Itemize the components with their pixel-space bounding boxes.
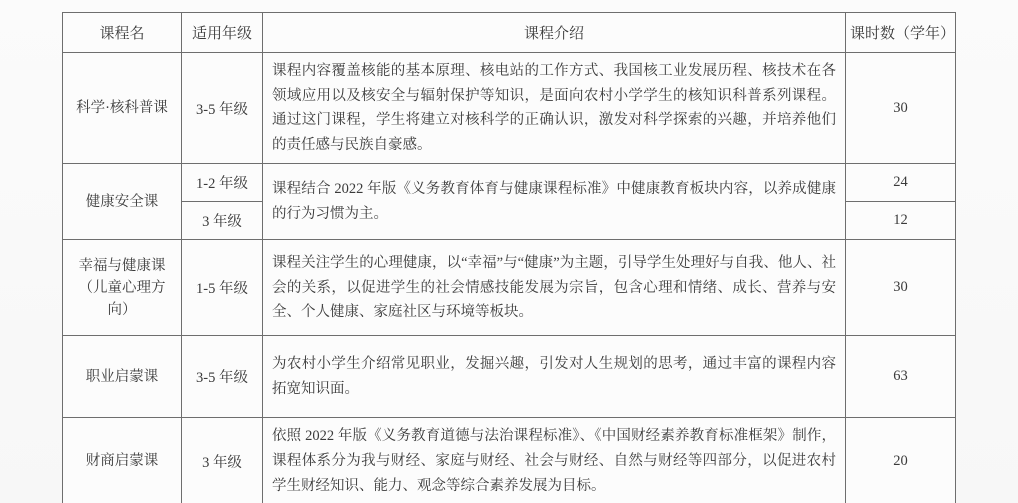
hours-cell: 30: [846, 240, 956, 336]
table-row: 幸福与健康课 （儿童心理方向） 1-5 年级 课程关注学生的心理健康，以“幸福”…: [63, 240, 956, 336]
table-row: 职业启蒙课 3-5 年级 为农村小学生介绍常见职业，发掘兴趣，引发对人生规划的思…: [63, 336, 956, 418]
course-name-cell: 财商启蒙课: [63, 418, 182, 503]
grade-cell: 1-2 年级: [182, 164, 263, 202]
document-page: 课程名 适用年级 课程介绍 课时数（学年） 科学·核科普课 3-5 年级 课程内…: [0, 0, 1018, 503]
course-name-cell: 健康安全课: [63, 164, 182, 240]
grade-cell: 1-5 年级: [182, 240, 263, 336]
table-row: 财商启蒙课 3 年级 依照 2022 年版《义务教育道德与法治课程标准》、《中国…: [63, 418, 956, 503]
intro-cell: 依照 2022 年版《义务教育道德与法治课程标准》、《中国财经素养教育标准框架》…: [263, 418, 846, 503]
hours-cell: 63: [846, 336, 956, 418]
intro-cell: 课程内容覆盖核能的基本原理、核电站的工作方式、我国核工业发展历程、核技术在各领域…: [263, 53, 846, 164]
header-hours: 课时数（学年）: [846, 13, 956, 53]
hours-cell: 30: [846, 53, 956, 164]
table-row: 健康安全课 1-2 年级 课程结合 2022 年版《义务教育体育与健康课程标准》…: [63, 164, 956, 202]
header-intro: 课程介绍: [263, 13, 846, 53]
intro-cell: 为农村小学生介绍常见职业，发掘兴趣，引发对人生规划的思考，通过丰富的课程内容拓宽…: [263, 336, 846, 418]
hours-cell: 12: [846, 202, 956, 240]
grade-cell: 3 年级: [182, 202, 263, 240]
intro-cell: 课程结合 2022 年版《义务教育体育与健康课程标准》中健康教育板块内容，以养成…: [263, 164, 846, 240]
course-table: 课程名 适用年级 课程介绍 课时数（学年） 科学·核科普课 3-5 年级 课程内…: [62, 12, 956, 503]
table-row: 科学·核科普课 3-5 年级 课程内容覆盖核能的基本原理、核电站的工作方式、我国…: [63, 53, 956, 164]
hours-cell: 24: [846, 164, 956, 202]
course-name-cell: 科学·核科普课: [63, 53, 182, 164]
course-name-cell: 职业启蒙课: [63, 336, 182, 418]
course-name-cell: 幸福与健康课 （儿童心理方向）: [63, 240, 182, 336]
grade-cell: 3-5 年级: [182, 336, 263, 418]
grade-cell: 3-5 年级: [182, 53, 263, 164]
header-course-name: 课程名: [63, 13, 182, 53]
intro-cell: 课程关注学生的心理健康，以“幸福”与“健康”为主题，引导学生处理好与自我、他人、…: [263, 240, 846, 336]
header-row: 课程名 适用年级 课程介绍 课时数（学年）: [63, 13, 956, 53]
hours-cell: 20: [846, 418, 956, 503]
grade-cell: 3 年级: [182, 418, 263, 503]
header-grade: 适用年级: [182, 13, 263, 53]
